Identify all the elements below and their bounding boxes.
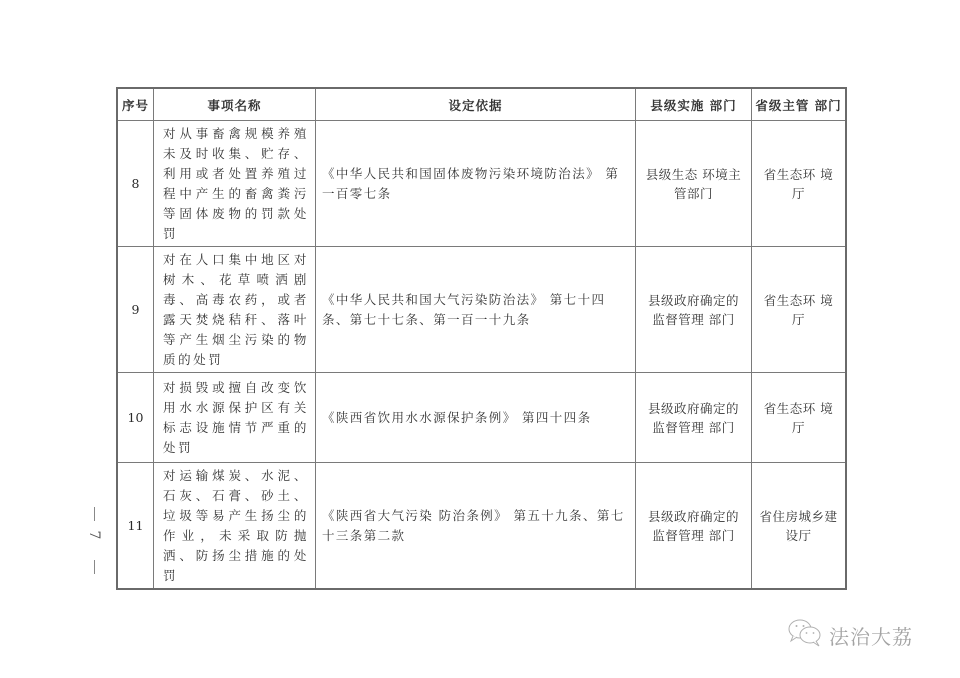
row-province-department-cell: 省住房城乡建设厅	[752, 463, 847, 590]
header-legal-basis: 设定依据	[316, 88, 636, 121]
row-legal-basis: 《中华人民共和国大气污染防治法》 第七十四条、第七十七条、第一百一十九条	[316, 290, 635, 330]
row-province-department: 省生态环 境厅	[752, 291, 845, 329]
row-serial-number: 9	[117, 247, 154, 373]
row-item-name-cell: 对损毁或擅自改变饮用水水源保护区有关标志设施情节严重的处罚	[154, 373, 316, 463]
table-row: 10 对损毁或擅自改变饮用水水源保护区有关标志设施情节严重的处罚 《陕西省饮用水…	[117, 373, 846, 463]
row-item-name: 对运输煤炭、水泥、石灰、石膏、砂土、垃圾等易产生扬尘的作业，未采取防抛洒、防扬尘…	[154, 466, 315, 586]
page-marker-dash-top	[94, 507, 95, 521]
row-serial-number: 8	[117, 121, 154, 247]
row-legal-basis: 《中华人民共和国固体废物污染环境防治法》 第一百零七条	[316, 164, 635, 204]
page-marker-dash-bottom	[94, 560, 95, 574]
row-county-department-cell: 县级生态 环境主管部门	[636, 121, 752, 247]
header-serial-number: 序号	[117, 88, 154, 121]
row-serial-number: 10	[117, 373, 154, 463]
row-item-name-cell: 对运输煤炭、水泥、石灰、石膏、砂土、垃圾等易产生扬尘的作业，未采取防抛洒、防扬尘…	[154, 463, 316, 590]
row-item-name-cell: 对在人口集中地区对树木、花草喷洒剧毒、高毒农药，或者露天焚烧秸秆、落叶等产生烟尘…	[154, 247, 316, 373]
row-legal-basis-cell: 《陕西省饮用水水源保护条例》 第四十四条	[316, 373, 636, 463]
row-county-department-cell: 县级政府确定的监督管理 部门	[636, 247, 752, 373]
header-province-department: 省级主管 部门	[752, 88, 847, 121]
row-county-department-cell: 县级政府确定的监督管理 部门	[636, 463, 752, 590]
row-legal-basis: 《陕西省饮用水水源保护条例》 第四十四条	[316, 408, 635, 428]
table-row: 11 对运输煤炭、水泥、石灰、石膏、砂土、垃圾等易产生扬尘的作业，未采取防抛洒、…	[117, 463, 846, 590]
row-item-name: 对从事畜禽规模养殖未及时收集、贮存、利用或者处置养殖过程中产生的畜禽粪污等固体废…	[154, 124, 315, 244]
row-province-department: 省生态环 境厅	[752, 165, 845, 203]
row-county-department: 县级政府确定的监督管理 部门	[636, 507, 751, 545]
page-number-marker: 7	[84, 505, 104, 575]
table-row: 9 对在人口集中地区对树木、花草喷洒剧毒、高毒农药，或者露天焚烧秸秆、落叶等产生…	[117, 247, 846, 373]
table-header-row: 序号 事项名称 设定依据 县级实施 部门 省级主管 部门	[117, 88, 846, 121]
row-province-department-cell: 省生态环 境厅	[752, 121, 847, 247]
table-row: 8 对从事畜禽规模养殖未及时收集、贮存、利用或者处置养殖过程中产生的畜禽粪污等固…	[117, 121, 846, 247]
row-province-department: 省住房城乡建设厅	[752, 507, 845, 545]
row-province-department-cell: 省生态环 境厅	[752, 373, 847, 463]
row-legal-basis: 《陕西省大气污染 防治条例》 第五十九条、第七十三条第二款	[316, 506, 635, 546]
watermark-text: 法治大荔	[829, 621, 913, 650]
row-province-department: 省生态环 境厅	[752, 399, 845, 437]
page-number: 7	[86, 528, 102, 542]
row-county-department: 县级政府确定的监督管理 部门	[636, 399, 751, 437]
row-item-name-cell: 对从事畜禽规模养殖未及时收集、贮存、利用或者处置养殖过程中产生的畜禽粪污等固体废…	[154, 121, 316, 247]
row-serial-number: 11	[117, 463, 154, 590]
row-legal-basis-cell: 《中华人民共和国固体废物污染环境防治法》 第一百零七条	[316, 121, 636, 247]
row-legal-basis-cell: 《陕西省大气污染 防治条例》 第五十九条、第七十三条第二款	[316, 463, 636, 590]
penalty-items-table: 序号 事项名称 设定依据 县级实施 部门 省级主管 部门 8 对从事畜禽规模养殖…	[116, 87, 847, 590]
row-county-department-cell: 县级政府确定的监督管理 部门	[636, 373, 752, 463]
row-legal-basis-cell: 《中华人民共和国大气污染防治法》 第七十四条、第七十七条、第一百一十九条	[316, 247, 636, 373]
row-province-department-cell: 省生态环 境厅	[752, 247, 847, 373]
row-county-department: 县级政府确定的监督管理 部门	[636, 291, 751, 329]
row-item-name: 对在人口集中地区对树木、花草喷洒剧毒、高毒农药，或者露天焚烧秸秆、落叶等产生烟尘…	[154, 250, 315, 370]
wechat-icon	[787, 618, 823, 652]
row-item-name: 对损毁或擅自改变饮用水水源保护区有关标志设施情节严重的处罚	[154, 378, 315, 458]
header-item-name: 事项名称	[154, 88, 316, 121]
header-county-department: 县级实施 部门	[636, 88, 752, 121]
account-watermark: 法治大荔	[787, 618, 913, 652]
row-county-department: 县级生态 环境主管部门	[636, 165, 751, 203]
